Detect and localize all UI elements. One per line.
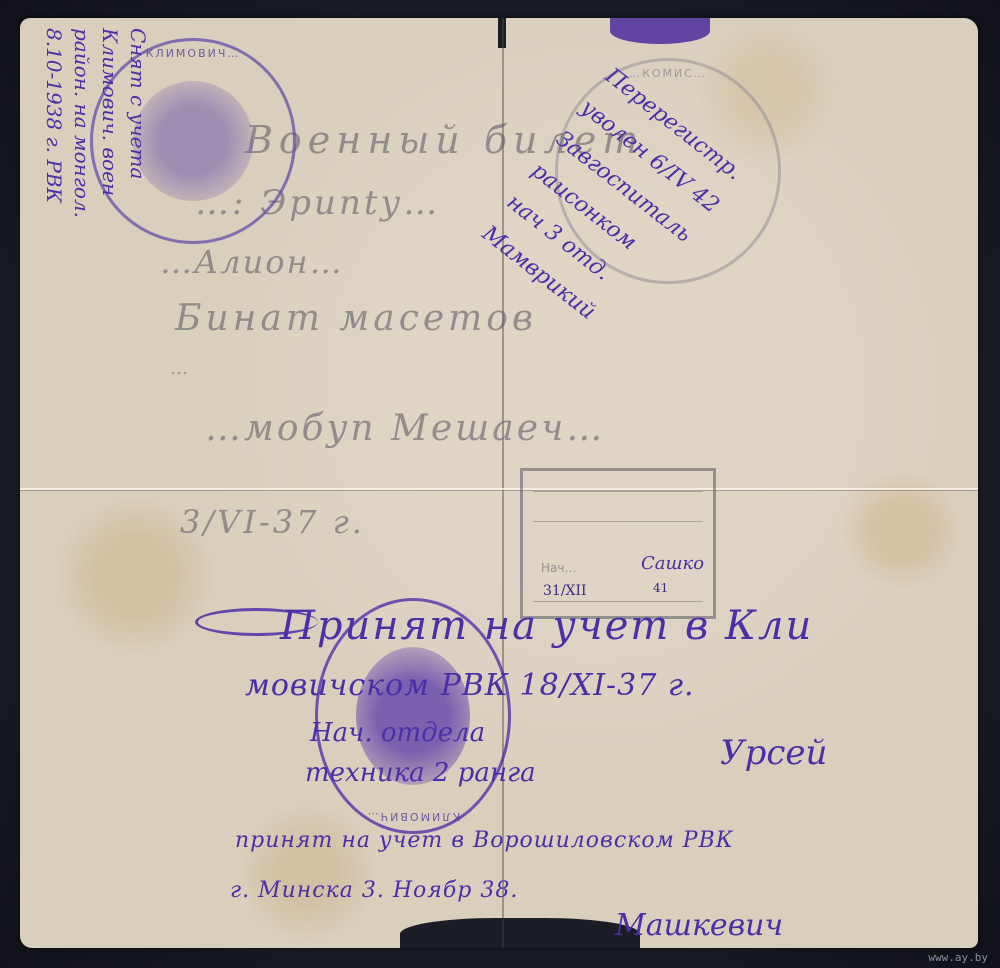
- signature-2: Машкевич: [615, 908, 783, 943]
- vertical-line: район. на монгол.: [68, 28, 96, 218]
- vertical-line: Снят с учета: [124, 28, 152, 218]
- document-paper: Военный билет …: Эриntу… …Алион… Бинат м…: [20, 18, 978, 948]
- ink-blot: [610, 18, 710, 44]
- pencil-line-4: Бинат масетов: [175, 298, 537, 339]
- pencil-date: 3/VI-37 г.: [180, 503, 365, 541]
- vertical-line: Климович. воен: [96, 28, 124, 218]
- signature-1: Урсей: [720, 733, 827, 773]
- divider: [533, 601, 703, 602]
- vertical-line: 8.10-1938 г. РВК: [40, 28, 68, 218]
- pencil-line-5: …: [170, 358, 192, 379]
- box-number: 41: [653, 581, 668, 595]
- box-date: 31/XII: [543, 583, 587, 599]
- divider: [533, 491, 703, 492]
- main-note-line-3: Нач. отдела: [310, 718, 485, 748]
- horizontal-fold: [20, 488, 978, 490]
- stamp-ring-text: …КОМИС…: [558, 67, 778, 80]
- bottom-note-line-2: г. Минска 3. Ноябр 38.: [230, 878, 518, 903]
- pencil-line-3: …Алион…: [160, 243, 344, 281]
- main-note-line-2: мовичском РВК 18/XI-37 г.: [245, 668, 695, 703]
- watermark: www.ay.by: [928, 951, 988, 964]
- registration-stamp-box: Нач… 31/XII Сашко 41: [520, 468, 716, 619]
- torn-bottom-edge: [400, 918, 640, 948]
- main-note-line-1: Принят на учет в Кли: [280, 603, 813, 649]
- divider: [533, 521, 703, 522]
- pencil-line-6: …мобуп Мешаеч…: [205, 408, 605, 449]
- stamp-ring-text: КЛИМОВИЧ…: [318, 810, 508, 823]
- box-label: Нач…: [541, 561, 576, 575]
- bottom-note-line-1: принят на учет в Ворошиловском РВК: [235, 828, 734, 853]
- box-signature: Сашко: [641, 553, 704, 574]
- main-note-line-4: техника 2 ранга: [305, 758, 536, 788]
- left-vertical-notes: Снят с учета Климович. воен район. на мо…: [40, 28, 152, 218]
